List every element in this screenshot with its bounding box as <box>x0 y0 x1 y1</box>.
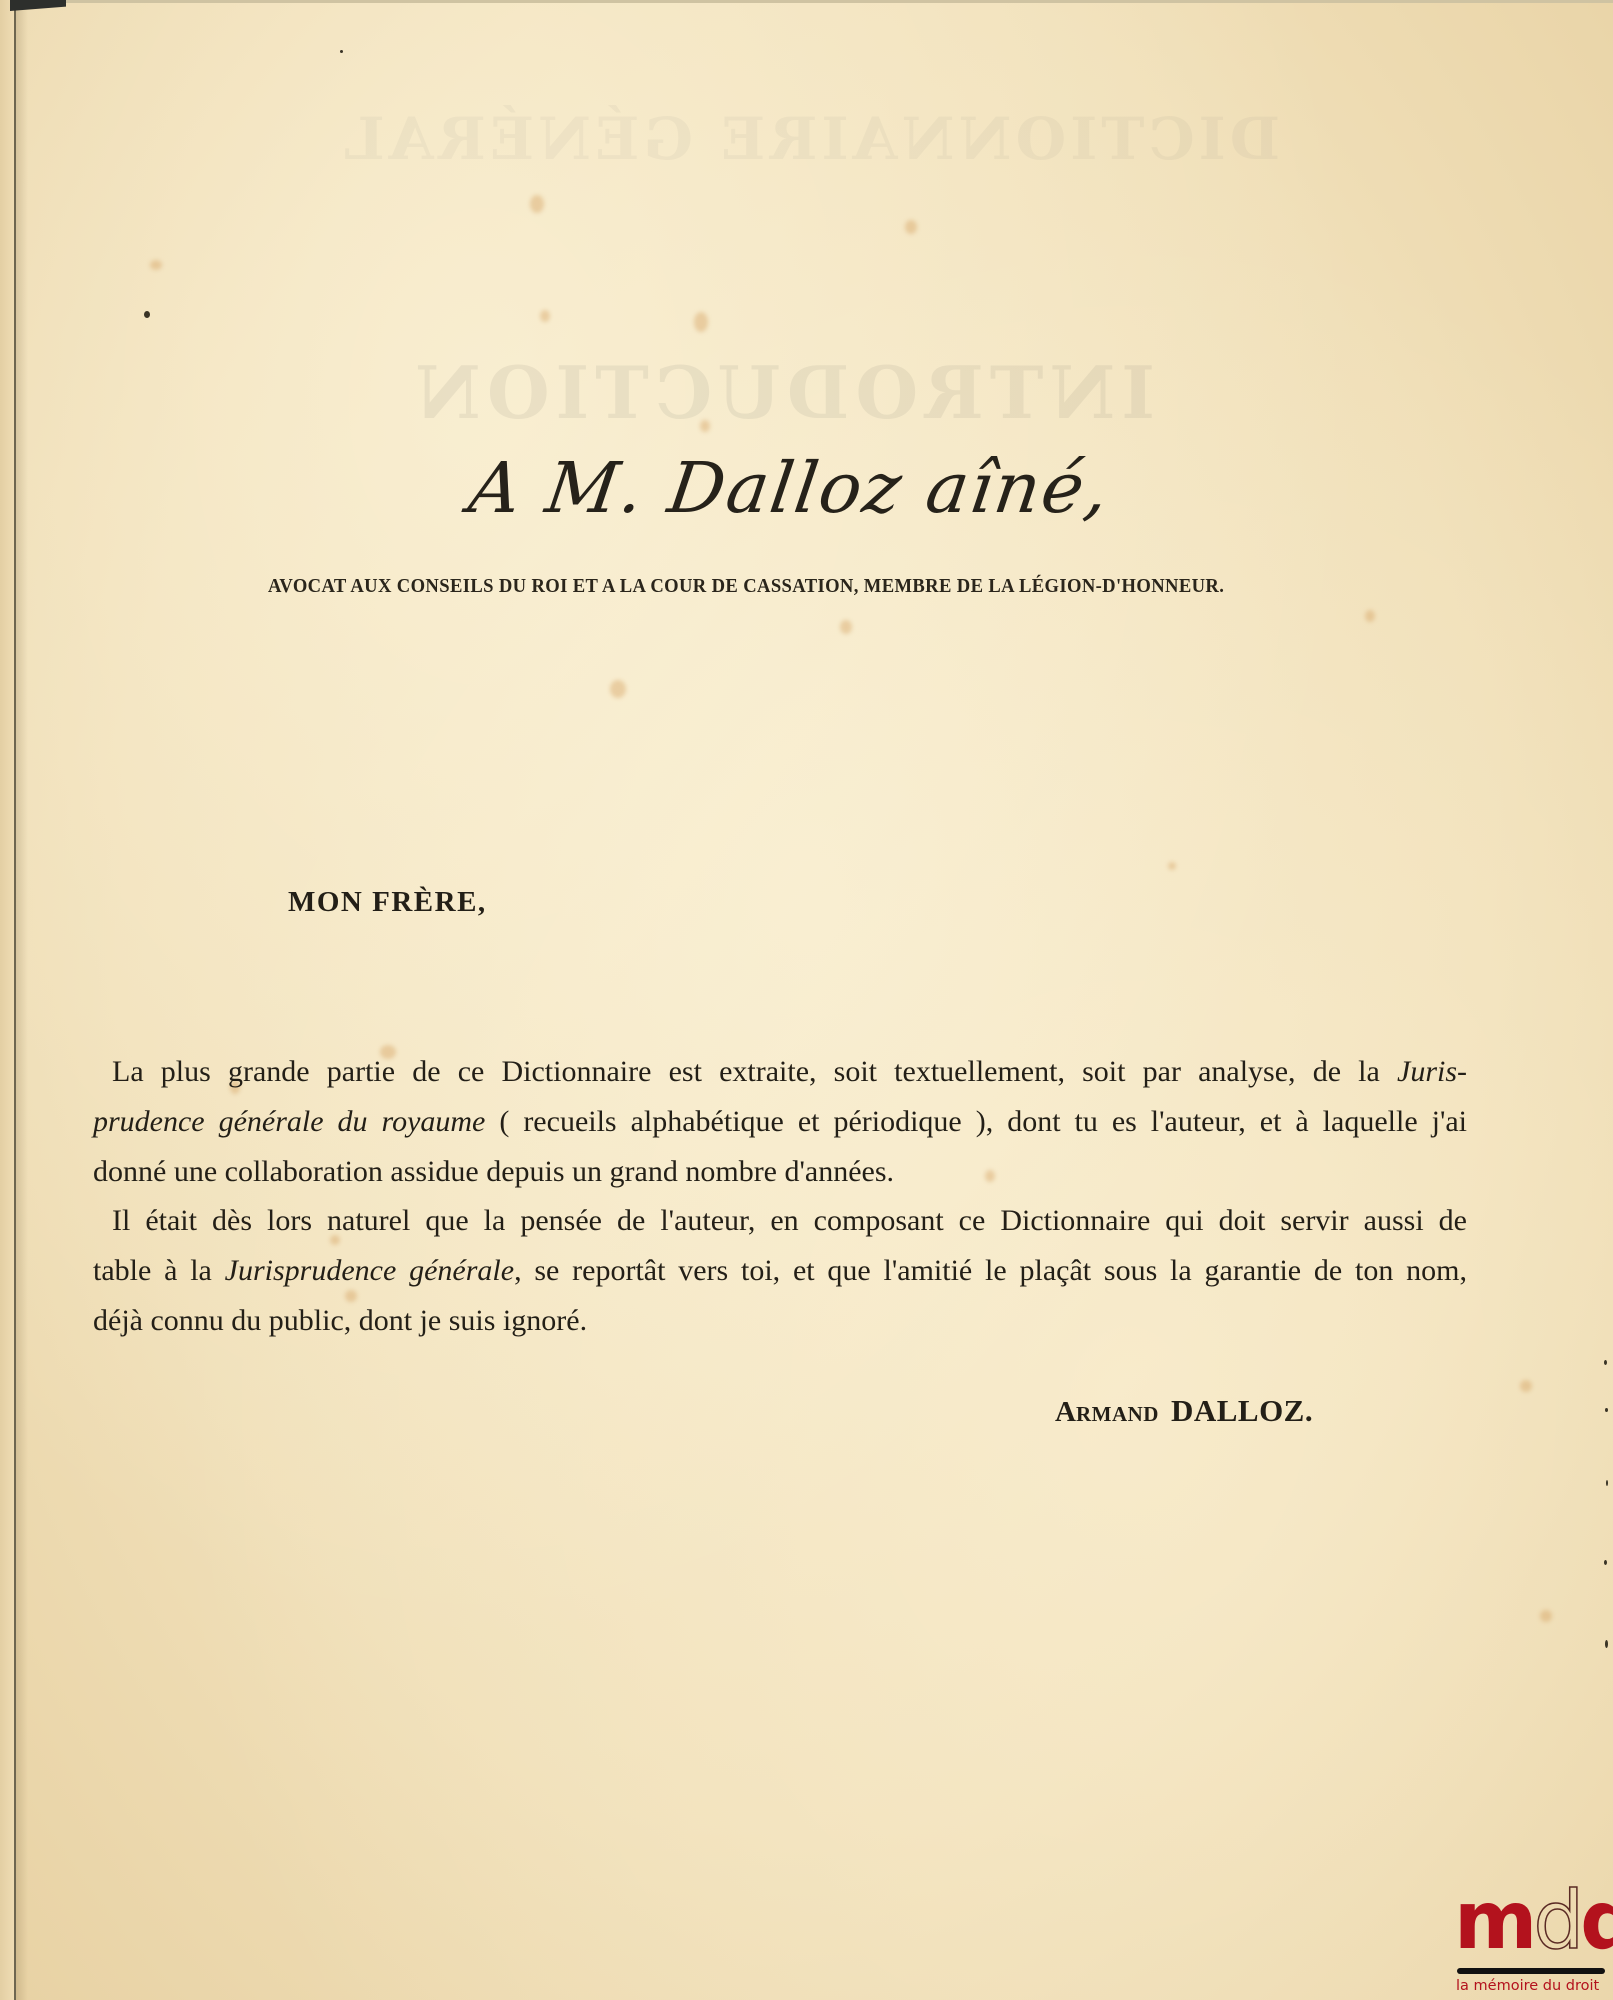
paragraph-1-line-1: La plus grande partie de ce Dictionnaire… <box>93 1047 1467 1097</box>
text-segment: La plus grande partie de ce Dictionnaire… <box>112 1055 1397 1088</box>
mdd-logo-mark: mdd <box>1454 1885 1613 1957</box>
text-segment: table à la <box>93 1254 225 1287</box>
logo-letter-d: d <box>1580 1874 1613 1967</box>
text-segment: , se reportât vers toi, et que l'amitié … <box>514 1254 1467 1287</box>
logo-underline-bar <box>1457 1968 1605 1974</box>
paragraph-1-line-2: prudence générale du royaume ( recueils … <box>93 1097 1467 1147</box>
text-segment: ( recueils alphabétique et périodique ),… <box>485 1105 1467 1138</box>
italic-segment: Juris- <box>1397 1055 1467 1088</box>
italic-segment: prudence générale du royaume <box>93 1105 485 1138</box>
paragraph-1-line-3: donné une collaboration assidue depuis u… <box>93 1147 1467 1197</box>
scanned-page <box>0 0 1613 2000</box>
letter-body: La plus grande partie de ce Dictionnaire… <box>93 1047 1467 1346</box>
bleed-through-introduction: INTRODUCTION <box>455 350 1155 435</box>
text-segment: Il était dès lors naturel que la pensée … <box>112 1204 1467 1237</box>
mdd-logo: mdd la mémoire du droit <box>1452 1885 1610 1997</box>
logo-letter-m: m <box>1454 1874 1533 1967</box>
paragraph-2-line-3: déjà connu du public, dont je suis ignor… <box>93 1296 1467 1346</box>
signature-first-initial: A <box>1055 1396 1076 1428</box>
signature-first-rest: RMAND <box>1076 1402 1159 1426</box>
bleed-through-heading: DICTIONNAIRE GÉNÉRAL <box>260 105 1360 173</box>
logo-tagline: la mémoire du droit <box>1456 1977 1610 1995</box>
page-top-edge <box>0 0 1613 3</box>
signature: ARMANDDALLOZ. <box>1055 1394 1313 1431</box>
italic-segment: Jurisprudence générale <box>225 1254 514 1287</box>
letter-salutation: MON FRÈRE, <box>288 885 487 919</box>
signature-surname: DALLOZ. <box>1171 1393 1313 1428</box>
dedication-subtitle: AVOCAT AUX CONSEILS DU ROI ET A LA COUR … <box>268 574 1226 598</box>
paragraph-2-line-2: table à la Jurisprudence générale, se re… <box>93 1246 1467 1296</box>
text-segment: déjà connu du public, dont je suis ignor… <box>93 1304 587 1337</box>
logo-letter-d-outline: d <box>1533 1874 1580 1967</box>
text-segment: donné une collaboration assidue depuis u… <box>93 1155 894 1188</box>
binding-shadow <box>16 0 28 2000</box>
dedication-title: A M. Dalloz aîné, <box>464 448 1135 528</box>
binding-edge <box>0 0 16 2000</box>
paragraph-2-line-1: Il était dès lors naturel que la pensée … <box>93 1196 1467 1246</box>
